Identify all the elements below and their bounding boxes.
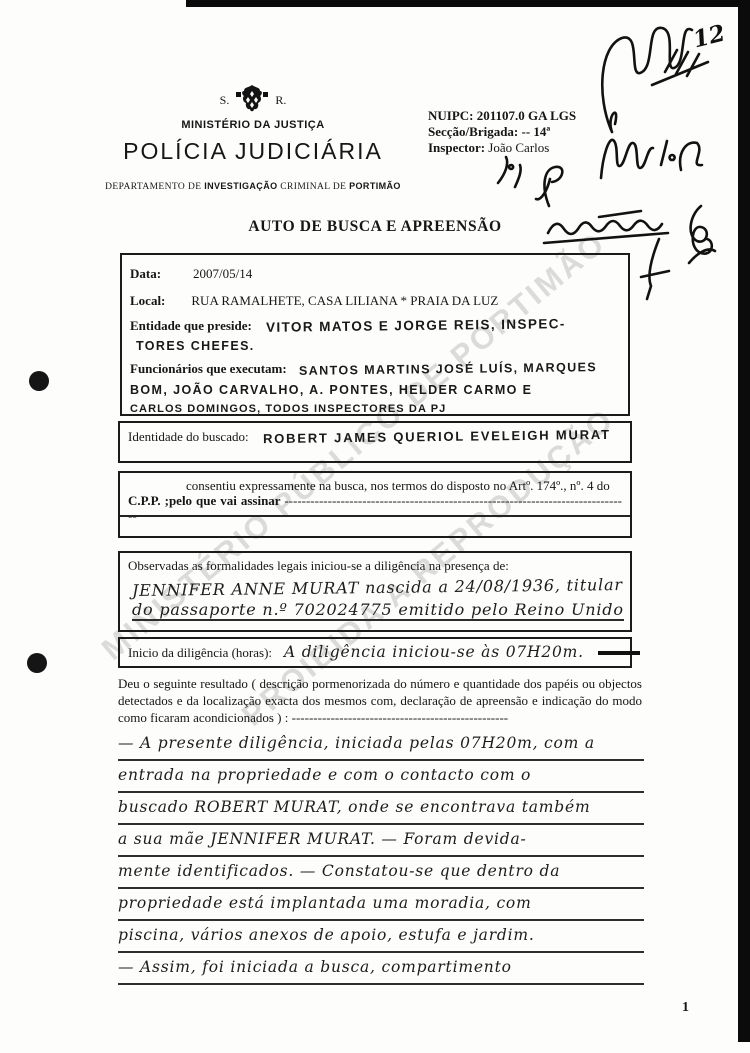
presiding-row-2: TORES CHEFES. xyxy=(130,337,620,355)
start-time-label: Inicio da diligência (horas): xyxy=(128,645,272,660)
handwritten-line: propriedade está implantada uma moradia,… xyxy=(118,889,644,921)
end-of-entry-stroke xyxy=(598,651,640,655)
executing-row-3: CARLOS DOMINGOS, TODOS INSPECTORES DA PJ xyxy=(130,399,620,417)
nuipc-line: NUIPC: 201107.0 GA LGS xyxy=(428,108,698,124)
inspector-line: Inspector: João Carlos xyxy=(428,140,698,156)
scan-edge-top xyxy=(186,0,750,7)
seccao-value: -- 14ª xyxy=(522,124,551,139)
paraph-4-icon xyxy=(641,239,669,299)
executing-row-2: BOM, JOÃO CARVALHO, A. PONTES, HELDER CA… xyxy=(130,381,620,399)
department-seg: DEPARTAMENTO DE xyxy=(105,182,204,192)
nuipc-value: 201107.0 GA LGS xyxy=(477,108,576,123)
identity-label: Identidade do buscado: xyxy=(128,429,249,444)
executing-value-2: BOM, JOÃO CARVALHO, A. PONTES, HELDER CA… xyxy=(130,383,532,397)
scanned-document-page: MINISTÉRIO PÚBLICO DE PORTIMÃO PROIBIDA … xyxy=(0,0,750,1053)
handwritten-line: piscina, vários anexos de apoio, estufa … xyxy=(118,921,644,953)
department-seg-bold: INVESTIGAÇÃO xyxy=(204,181,277,191)
presiding-row: Entidade que preside: VITOR MATOS E JORG… xyxy=(130,317,620,335)
paraph-k-icon xyxy=(689,206,715,263)
paraph-p-icon xyxy=(536,167,562,206)
document-title: AUTO DE BUSCA E APREENSÃO xyxy=(150,218,600,236)
executing-label: Funcionários que executam: xyxy=(130,361,287,376)
presiding-value-2: TORES CHEFES. xyxy=(136,339,255,353)
result-intro-paragraph: Deu o seguinte resultado ( descrição por… xyxy=(118,675,642,726)
handwritten-line: mente identificados. — Constatou-se que … xyxy=(118,857,644,889)
scan-edge-right xyxy=(738,0,750,1042)
letterhead: S. R. MINISTÉRIO DA JUSTIÇA POLÍCIA JUDI… xyxy=(88,84,418,192)
formalities-value-2: do passaporte n.º 702024775 emitido pelo… xyxy=(132,600,624,621)
national-crest-icon xyxy=(235,84,269,116)
presiding-label: Entidade que preside: xyxy=(130,318,252,333)
page-number-annotation: 12 xyxy=(690,18,735,54)
start-time-value: A diligência iniciou-se às 07H20m. xyxy=(284,643,584,661)
result-intro-dashes: ----------------------------------------… xyxy=(292,710,508,725)
details-box: Data: 2007/05/14 Local: RUA RAMALHETE, C… xyxy=(120,253,630,416)
nuipc-label: NUIPC: xyxy=(428,108,474,123)
data-value: 2007/05/14 xyxy=(193,266,252,281)
emblem-right-initial: R. xyxy=(275,93,286,108)
initials-scrawl-icon xyxy=(498,157,521,187)
handwritten-body: — A presente diligência, iniciada pelas … xyxy=(118,729,644,985)
bottom-page-mark: 1 xyxy=(682,1000,689,1016)
formalities-label: Observadas as formalidades legais inicio… xyxy=(128,558,622,574)
seccao-line: Secção/Brigada: -- 14ª xyxy=(428,124,698,140)
signature-line xyxy=(120,515,630,517)
formalities-value-1: JENNIFER ANNE MURAT nascida a 24/08/1936… xyxy=(132,575,623,600)
inspector-value: João Carlos xyxy=(488,140,549,155)
executing-row: Funcionários que executam: SANTOS MARTIN… xyxy=(130,360,620,378)
handwritten-line: — Assim, foi iniciada a busca, compartim… xyxy=(118,953,644,985)
local-label: Local: xyxy=(130,293,165,308)
department-seg-bold: PORTIMÃO xyxy=(349,181,401,191)
consent-line-2: C.P.P. ;pelo que vai assinar xyxy=(128,493,284,508)
handwritten-line: — A presente diligência, iniciada pelas … xyxy=(118,729,644,761)
data-row: Data: 2007/05/14 xyxy=(130,265,620,283)
emblem-left-initial: S. xyxy=(220,93,230,108)
handwritten-line: buscado ROBERT MURAT, onde se encontrava… xyxy=(118,793,644,825)
presiding-value-1: VITOR MATOS E JORGE REIS, INSPEC- xyxy=(266,316,566,335)
consent-box: consentiu expressamente na busca, nos te… xyxy=(118,471,632,538)
hole-punch-top xyxy=(29,371,49,391)
formalities-box: Observadas as formalidades legais inicio… xyxy=(118,551,632,632)
identity-value: ROBERT JAMES QUERIOL EVELEIGH MURAT xyxy=(262,427,610,446)
org-title: POLÍCIA JUDICIÁRIA xyxy=(88,138,418,165)
handwritten-line: a sua mãe JENNIFER MURAT. — Foram devida… xyxy=(118,825,644,857)
ministry-title: MINISTÉRIO DA JUSTIÇA xyxy=(88,119,418,131)
consent-line-1: consentiu expressamente na busca, nos te… xyxy=(186,478,610,493)
local-row: Local: RUA RAMALHETE, CASA LILIANA * PRA… xyxy=(130,292,620,310)
department-seg: CRIMINAL DE xyxy=(278,182,350,192)
start-time-box: Inicio da diligência (horas): A diligênc… xyxy=(118,637,632,668)
executing-value-1: SANTOS MARTINS JOSÉ LUÍS, MARQUES xyxy=(299,360,597,378)
hole-punch-bottom xyxy=(27,653,47,673)
data-label: Data: xyxy=(130,266,161,281)
case-info-block: NUIPC: 201107.0 GA LGS Secção/Brigada: -… xyxy=(428,108,698,156)
inspector-label: Inspector: xyxy=(428,140,485,155)
local-value: RUA RAMALHETE, CASA LILIANA * PRAIA DA L… xyxy=(191,293,498,308)
tally-strikethrough-icon xyxy=(652,50,708,85)
executing-value-3: CARLOS DOMINGOS, TODOS INSPECTORES DA PJ xyxy=(130,403,446,415)
seccao-label: Secção/Brigada: xyxy=(428,124,518,139)
identity-box: Identidade do buscado: ROBERT JAMES QUER… xyxy=(118,421,632,463)
department-line: DEPARTAMENTO DE INVESTIGAÇÃO CRIMINAL DE… xyxy=(88,181,418,192)
handwritten-line: entrada na propriedade e com o contacto … xyxy=(118,761,644,793)
